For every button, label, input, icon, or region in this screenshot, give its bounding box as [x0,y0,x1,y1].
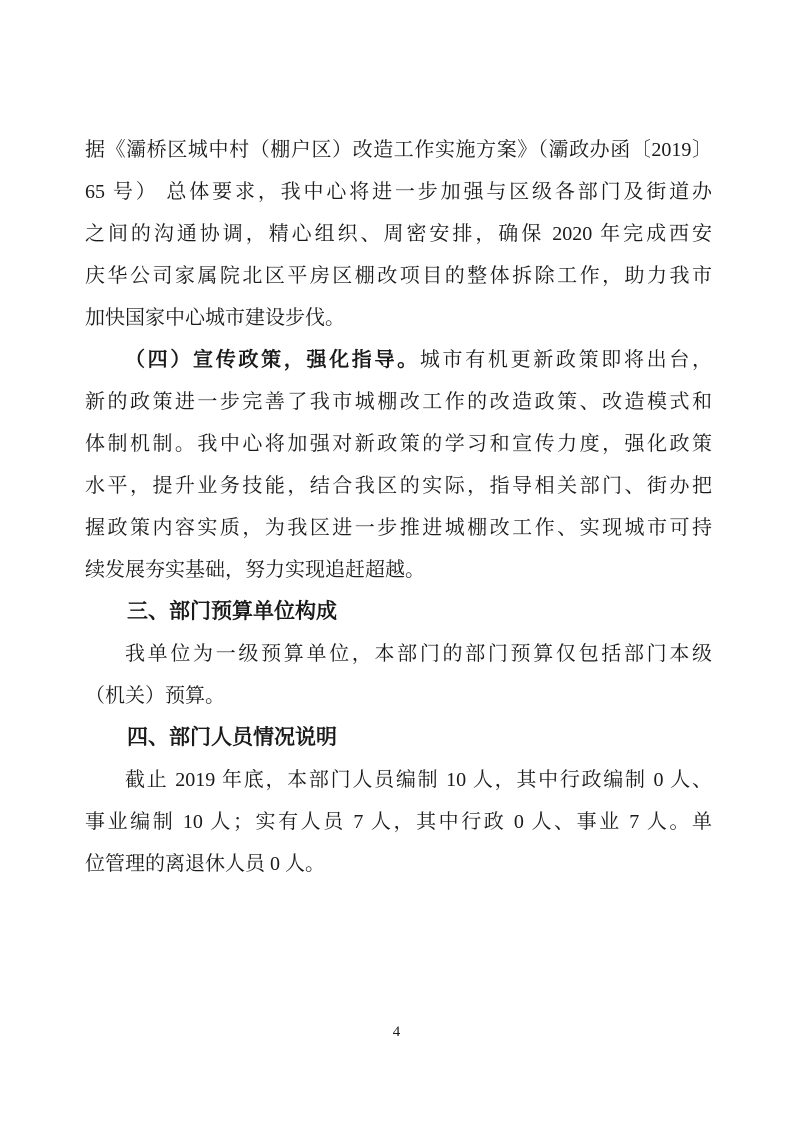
text-line: 我单位为一级预算单位，本部门的部门预算仅包括部门本级 [85,633,712,675]
text-line: （机关）预算。 [85,675,712,717]
run-in-body: 城市有机更新政策即将出台， [420,349,712,371]
text-line: 续发展夯实基础，努力实现追赶超越。 [85,549,712,591]
text-line: 加快国家中心城市建设步伐。 [85,297,712,339]
text-line: 65 号） 总体要求，我中心将进一步加强与区级各部门及街道办 [85,171,712,213]
page-number: 4 [0,1022,793,1042]
text-line: 据《灞桥区城中村（棚户区）改造工作实施方案》（灞政办函〔2019〕 [85,129,712,171]
text-line: 水平，提升业务技能，结合我区的实际，指导相关部门、街办把 [85,465,712,507]
run-in-heading: （四）宣传政策，强化指导。 [125,349,420,371]
section-heading-budget-units: 三、部门预算单位构成 [85,591,712,633]
document-page: 据《灞桥区城中村（棚户区）改造工作实施方案》（灞政办函〔2019〕 65 号） … [0,0,793,1122]
text-line: 之间的沟通协调，精心组织、周密安排，确保 2020 年完成西安 [85,213,712,255]
text-line: 新的政策进一步完善了我市城棚改工作的改造政策、改造模式和 [85,381,712,423]
document-body: 据《灞桥区城中村（棚户区）改造工作实施方案》（灞政办函〔2019〕 65 号） … [85,129,712,885]
text-line: 体制机制。我中心将加强对新政策的学习和宣传力度，强化政策 [85,423,712,465]
text-line: 位管理的离退休人员 0 人。 [85,843,712,885]
text-line-section4-lead: （四）宣传政策，强化指导。城市有机更新政策即将出台， [85,339,712,381]
text-line: 握政策内容实质，为我区进一步推进城棚改工作、实现城市可持 [85,507,712,549]
text-line: 截止 2019 年底，本部门人员编制 10 人，其中行政编制 0 人、 [85,759,712,801]
section-heading-personnel: 四、部门人员情况说明 [85,717,712,759]
text-line: 庆华公司家属院北区平房区棚改项目的整体拆除工作，助力我市 [85,255,712,297]
text-line: 事业编制 10 人；实有人员 7 人，其中行政 0 人、事业 7 人。单 [85,801,712,843]
